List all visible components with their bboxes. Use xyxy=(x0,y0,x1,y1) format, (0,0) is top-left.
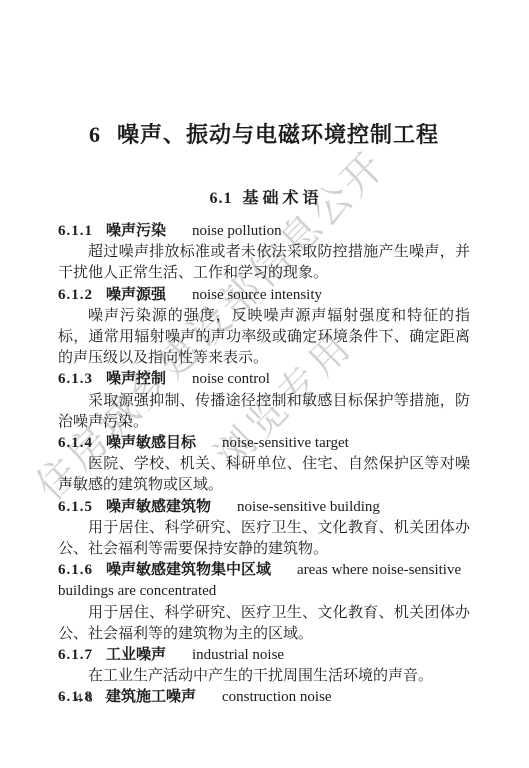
clause-number: 6.1.6 xyxy=(58,562,93,578)
term-en: noise source intensity xyxy=(192,287,322,303)
terms-list: 6.1.1噪声污染noise pollution 超过噪声排放标准或者未依法采取… xyxy=(58,221,470,709)
term-definition: 在工业生产活动中产生的干扰周围生活环境的声音。 xyxy=(58,666,470,687)
term-entry: 6.1.3噪声控制noise control 采取源强抑制、传播途径控制和敏感目… xyxy=(58,369,470,433)
section-title: 基 础 术 语 xyxy=(242,190,318,207)
term-line: 6.1.8建筑施工噪声construction noise xyxy=(58,687,470,708)
term-en: construction noise xyxy=(222,689,332,705)
term-zh: 工业噪声 xyxy=(106,647,166,663)
clause-number: 6.1.5 xyxy=(58,499,93,515)
document-page: 住房城乡建设部信息公开 浏览专用 6噪声、振动与电磁环境控制工程 6.1基 础 … xyxy=(0,0,529,768)
term-entry: 6.1.2噪声源强noise source intensity 噪声污染源的强度… xyxy=(58,285,470,370)
page-number: · 48 · xyxy=(60,690,112,706)
term-line: 6.1.1噪声污染noise pollution xyxy=(58,221,470,242)
term-en: noise pollution xyxy=(192,223,282,239)
term-zh: 噪声敏感建筑物集中区域 xyxy=(106,562,271,578)
term-zh: 建筑施工噪声 xyxy=(106,689,196,705)
term-line: 6.1.7工业噪声industrial noise xyxy=(58,645,470,666)
term-zh: 噪声控制 xyxy=(106,371,166,387)
term-definition: 用于居住、科学研究、医疗卫生、文化教育、机关团体办公、社会福利等的建筑物为主的区… xyxy=(58,603,470,645)
term-line: 6.1.4噪声敏感目标noise-sensitive target xyxy=(58,433,470,454)
term-definition: 超过噪声排放标准或者未依法采取防控措施产生噪声，并干扰他人正常生活、工作和学习的… xyxy=(58,242,470,284)
chapter-number: 6 xyxy=(89,122,101,147)
term-entry: 6.1.6噪声敏感建筑物集中区域areas where noise-sensit… xyxy=(58,560,470,645)
term-zh: 噪声源强 xyxy=(106,287,166,303)
term-entry: 6.1.7工业噪声industrial noise 在工业生产活动中产生的干扰周… xyxy=(58,645,470,687)
term-en: noise control xyxy=(192,371,270,387)
term-line: 6.1.6噪声敏感建筑物集中区域areas where noise-sensit… xyxy=(58,560,470,602)
chapter-heading: 6噪声、振动与电磁环境控制工程 xyxy=(58,118,470,149)
section-heading: 6.1基 础 术 语 xyxy=(58,185,470,208)
term-zh: 噪声敏感目标 xyxy=(106,435,196,451)
page-content: 6噪声、振动与电磁环境控制工程 6.1基 础 术 语 6.1.1噪声污染nois… xyxy=(58,112,470,709)
term-line: 6.1.2噪声源强noise source intensity xyxy=(58,285,470,306)
clause-number: 6.1.4 xyxy=(58,435,93,451)
term-line: 6.1.3噪声控制noise control xyxy=(58,369,470,390)
term-definition: 噪声污染源的强度，反映噪声源声辐射强度和特征的指标，通常用辐射噪声的声功率级或确… xyxy=(58,306,470,370)
term-definition: 用于居住、科学研究、医疗卫生、文化教育、机关团体办公、社会福利等需要保持安静的建… xyxy=(58,518,470,560)
term-line: 6.1.5噪声敏感建筑物noise-sensitive building xyxy=(58,497,470,518)
term-entry: 6.1.8建筑施工噪声construction noise xyxy=(58,687,470,708)
clause-number: 6.1.3 xyxy=(58,371,93,387)
clause-number: 6.1.2 xyxy=(58,287,93,303)
term-entry: 6.1.4噪声敏感目标noise-sensitive target 医院、学校、… xyxy=(58,433,470,497)
term-en: noise-sensitive building xyxy=(237,499,380,515)
clause-number: 6.1.1 xyxy=(58,223,93,239)
term-entry: 6.1.5噪声敏感建筑物noise-sensitive building 用于居… xyxy=(58,497,470,561)
term-zh: 噪声敏感建筑物 xyxy=(106,499,211,515)
term-zh: 噪声污染 xyxy=(106,223,166,239)
term-entry: 6.1.1噪声污染noise pollution 超过噪声排放标准或者未依法采取… xyxy=(58,221,470,285)
clause-number: 6.1.7 xyxy=(58,647,93,663)
term-en: industrial noise xyxy=(192,647,284,663)
section-number: 6.1 xyxy=(209,190,232,207)
chapter-title: 噪声、振动与电磁环境控制工程 xyxy=(117,122,439,147)
term-definition: 采取源强抑制、传播途径控制和敏感目标保护等措施，防治噪声污染。 xyxy=(58,391,470,433)
term-definition: 医院、学校、机关、科研单位、住宅、自然保护区等对噪声敏感的建筑物或区域。 xyxy=(58,454,470,496)
term-en: noise-sensitive target xyxy=(222,435,349,451)
